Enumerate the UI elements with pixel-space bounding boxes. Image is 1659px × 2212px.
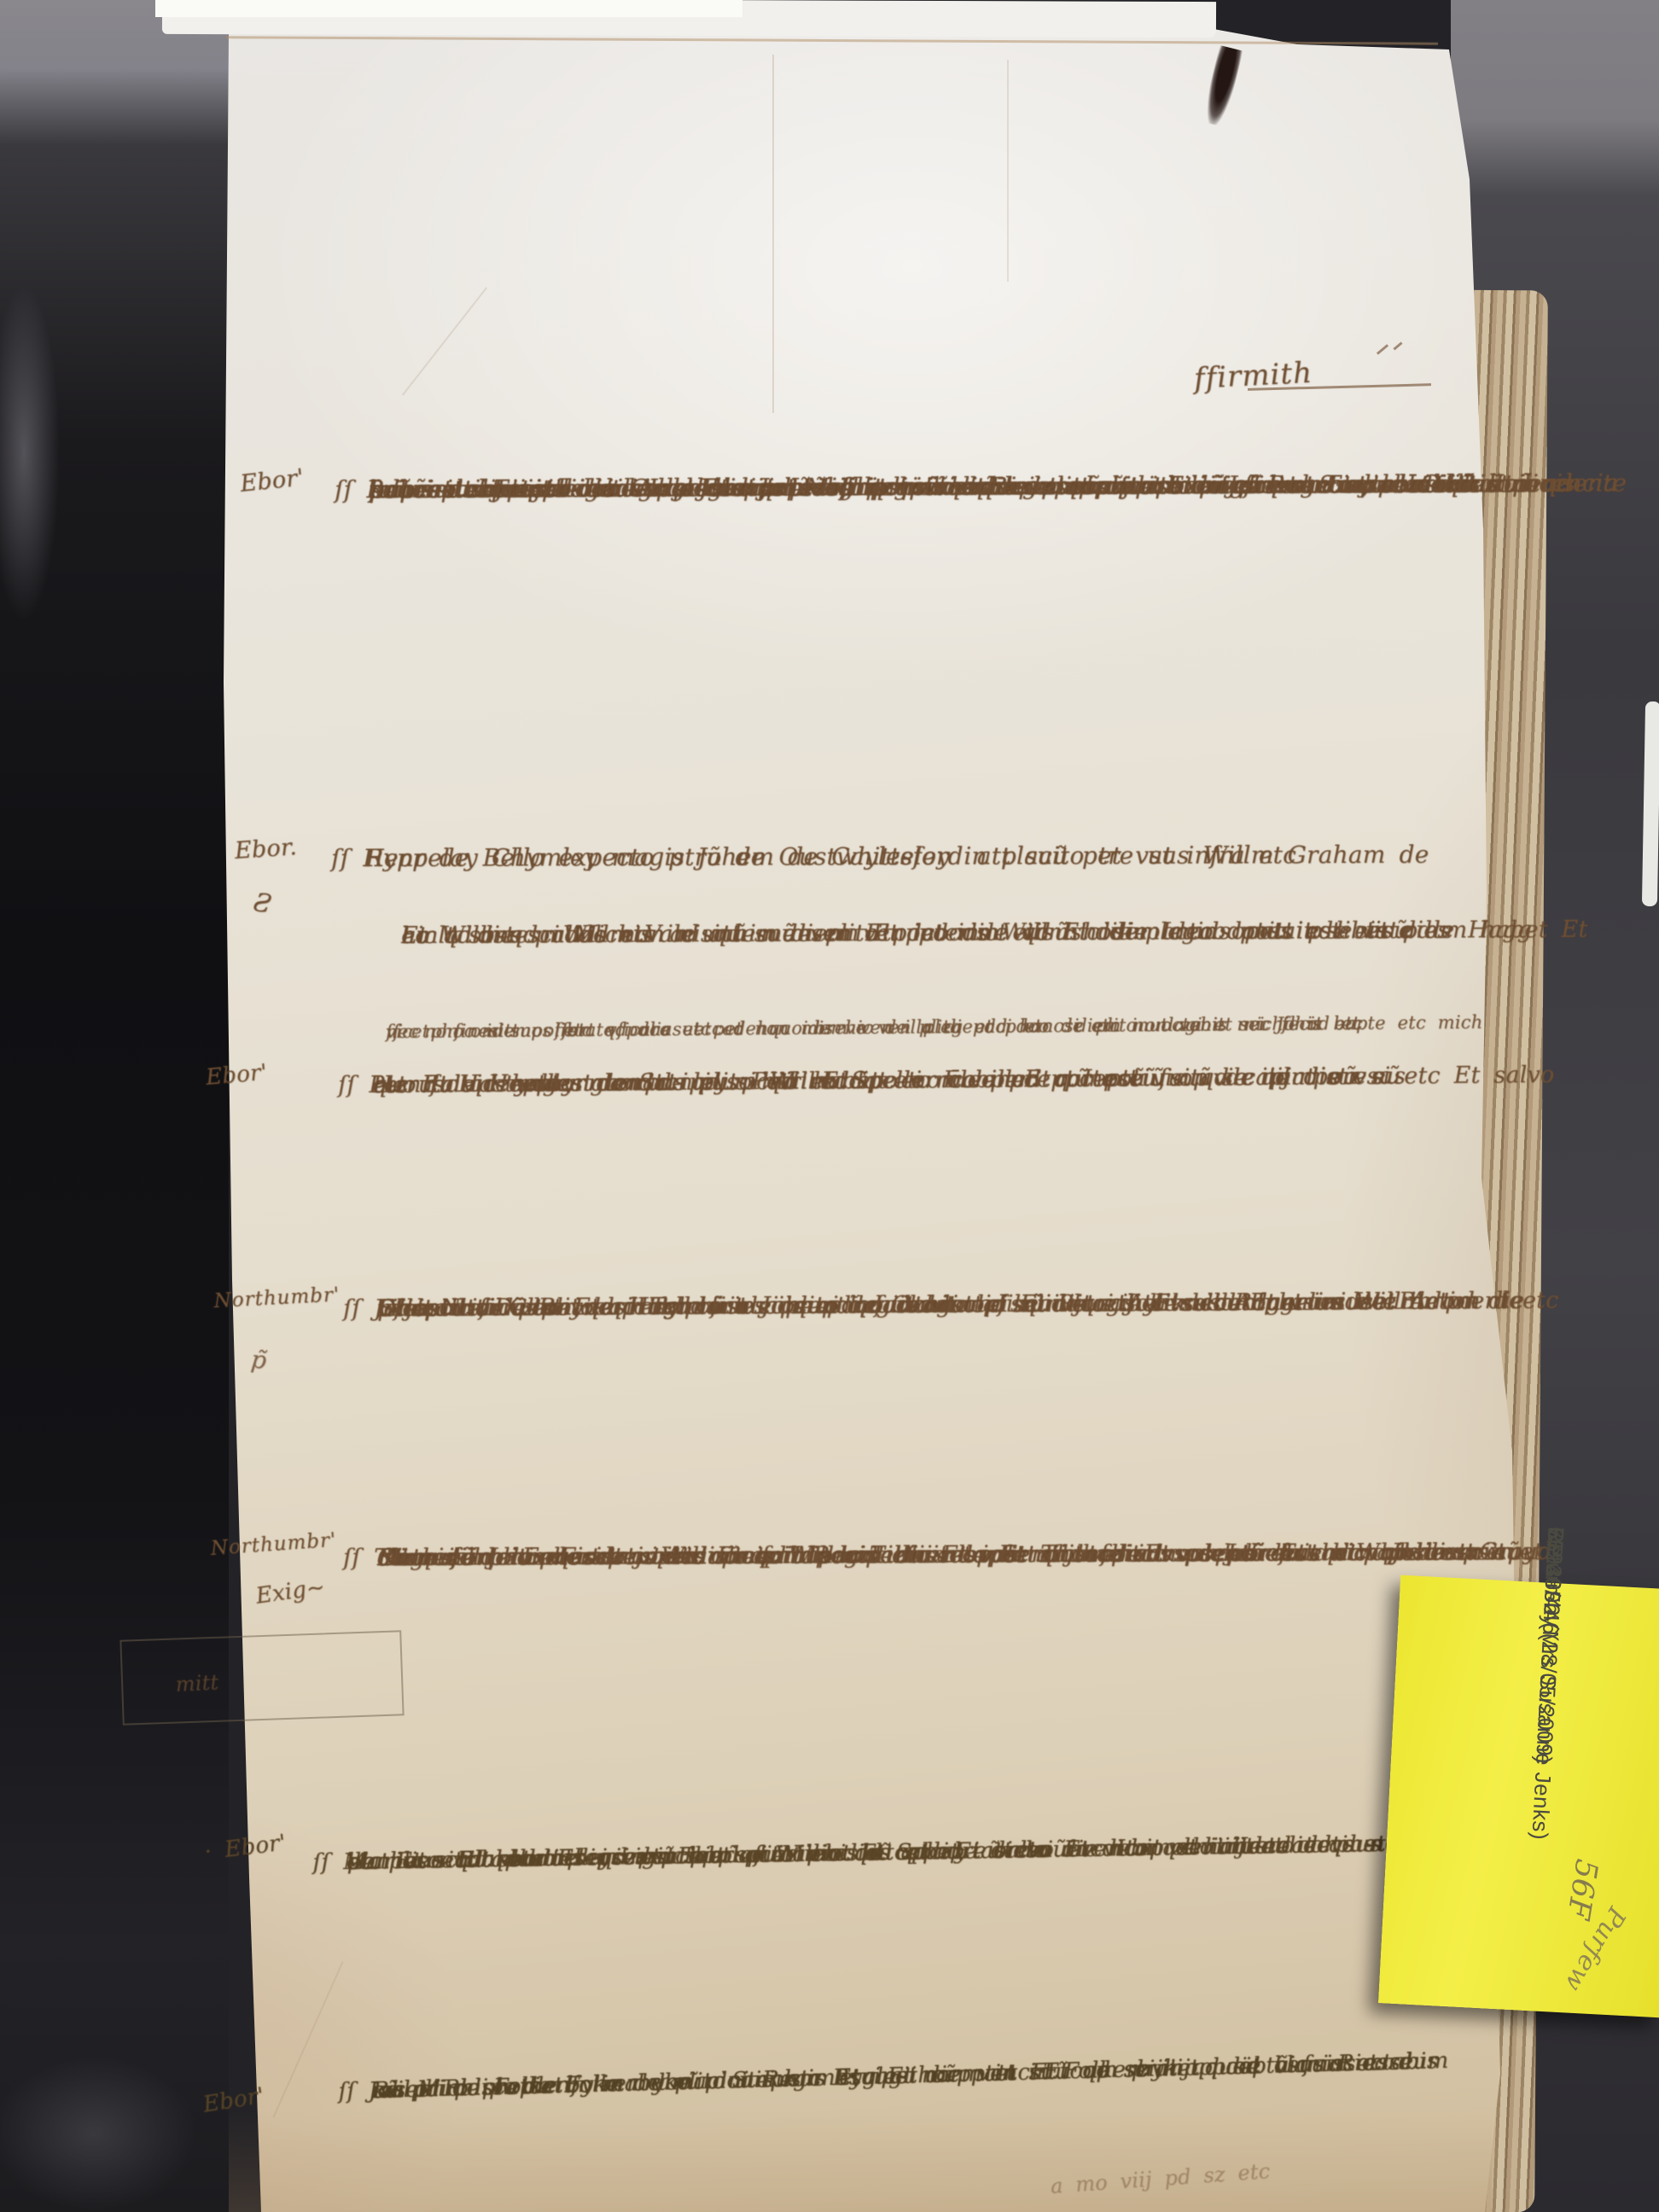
marginal-county-label: Ebor' [205, 1060, 268, 1091]
marginal-county-label: Ebor. [234, 834, 298, 864]
parchment-crease [772, 55, 774, 413]
text-line: habeat corpus eius hic a die sci Michis … [369, 467, 1259, 508]
pencil-box-annotation [119, 1630, 404, 1725]
manuscript-photo: ffirmith Ebor' Ebor. Ƨ Ebor' Northumbr' … [0, 0, 1659, 2212]
membrane-top-edge-highlight [155, 0, 742, 17]
parchment-crease [1007, 60, 1009, 282]
right-edge-sliver [1642, 701, 1659, 906]
text-line: sci Michis etc [372, 2070, 542, 2106]
text-line: Michis in xv dies p justiciarios [377, 1540, 766, 1575]
text-line: eo qd iste modo non nisi hic de plito pd… [401, 912, 1588, 954]
background-gray-streak [0, 213, 60, 691]
text-line: etc Ita qd habeat corpus eius hic etc [372, 1064, 847, 1103]
text-line: Ryppelay Chymley magistrũ de Oustwhittel… [365, 836, 1296, 877]
page-bottom-shading [229, 2110, 1492, 2212]
archive-sticky-note: 5693652CP 40/446Return by (28/05/2009)75… [1378, 1575, 1659, 2018]
sticky-note-handwritten-annotation: 56F [1560, 1857, 1604, 1922]
pencil-annotation-word: mitt [175, 1670, 219, 1697]
marginal-flourish-mark: p̃ [250, 1345, 268, 1375]
text-line: p justiciarios [377, 1291, 537, 1326]
